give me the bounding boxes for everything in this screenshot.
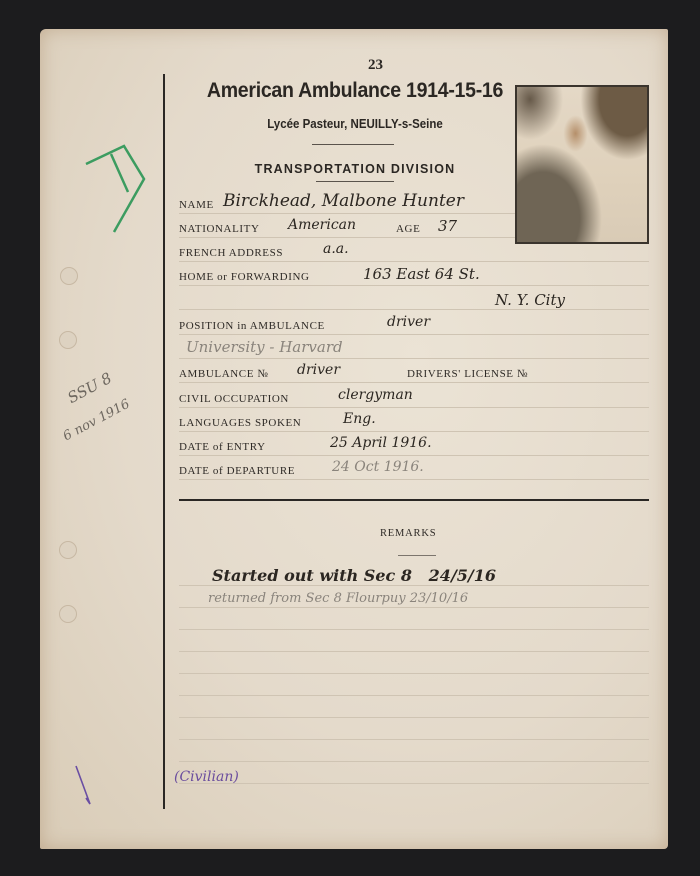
line <box>179 739 649 740</box>
line <box>179 382 649 383</box>
drivers-license-label: DRIVERS' LICENSE № <box>407 368 528 380</box>
punch-hole <box>60 267 78 285</box>
age-label: AGE <box>396 223 420 235</box>
french-address-value: a.a. <box>323 241 349 257</box>
line <box>179 607 649 608</box>
page-title: American Ambulance 1914-15-16 <box>202 79 509 103</box>
line <box>179 334 649 335</box>
nationality-value: American <box>288 217 356 233</box>
home-label: HOME or FORWARDING <box>179 271 310 283</box>
university-value: University - Harvard <box>186 338 343 356</box>
line <box>179 237 515 238</box>
punch-hole <box>59 541 77 559</box>
punch-hole <box>59 605 77 623</box>
ambulance-no-label: AMBULANCE № <box>179 368 269 380</box>
line <box>179 309 649 310</box>
nationality-label: NATIONALITY <box>179 223 260 235</box>
ornament-rule <box>312 144 394 145</box>
line <box>179 585 649 586</box>
line <box>179 761 649 762</box>
division-heading: TRANSPORTATION DIVISION <box>190 162 520 176</box>
age-value: 37 <box>438 217 457 235</box>
home-value-city: N. Y. City <box>495 291 565 309</box>
portrait-photo <box>515 85 649 244</box>
line <box>179 651 649 652</box>
line <box>179 261 649 262</box>
civilian-note: (Civilian) <box>174 769 239 785</box>
line <box>179 455 649 456</box>
line <box>179 407 649 408</box>
french-address-label: FRENCH ADDRESS <box>179 247 283 259</box>
ambulance-no-value: driver <box>297 362 340 378</box>
line <box>179 673 649 674</box>
date-entry-value: 25 April 1916. <box>330 435 432 451</box>
date-departure-value: 24 Oct 1916. <box>332 459 424 475</box>
record-card: SSU 8 6 nov 1916 23 American Ambulance 1… <box>40 29 668 849</box>
ornament-rule <box>398 555 436 556</box>
punch-hole <box>59 331 77 349</box>
vertical-divider <box>163 74 165 809</box>
line <box>179 479 649 480</box>
remark-line: returned from Sec 8 Flourpuy 23/10/16 <box>208 591 468 606</box>
date-entry-label: DATE of ENTRY <box>179 441 266 453</box>
position-value: driver <box>387 314 430 330</box>
date-departure-label: DATE of DEPARTURE <box>179 465 295 477</box>
page-number: 23 <box>368 57 383 74</box>
line <box>179 358 649 359</box>
line <box>179 695 649 696</box>
languages-label: LANGUAGES SPOKEN <box>179 417 301 429</box>
section-divider <box>179 499 649 501</box>
civil-occupation-label: CIVIL OCCUPATION <box>179 393 289 405</box>
name-value: Birckhead, Malbone Hunter <box>223 191 464 211</box>
ornament-rule <box>316 181 394 182</box>
line <box>179 717 649 718</box>
languages-value: Eng. <box>343 411 376 427</box>
remarks-heading: REMARKS <box>380 528 436 539</box>
page-subtitle: Lycée Pasteur, NEUILLY-s-Seine <box>203 117 507 131</box>
home-value: 163 East 64 St. <box>363 265 480 283</box>
line <box>179 285 649 286</box>
line <box>179 431 649 432</box>
position-label: POSITION in AMBULANCE <box>179 320 325 332</box>
civil-occupation-value: clergyman <box>338 387 413 403</box>
ssu-note: SSU 8 <box>65 369 115 407</box>
line <box>179 629 649 630</box>
purple-tick-icon <box>74 764 94 813</box>
green-check-mark-icon <box>84 144 150 239</box>
name-label: NAME <box>179 199 214 211</box>
line <box>179 783 649 784</box>
line <box>179 213 515 214</box>
remark-line: Started out with Sec 8 24/5/16 <box>212 566 496 585</box>
